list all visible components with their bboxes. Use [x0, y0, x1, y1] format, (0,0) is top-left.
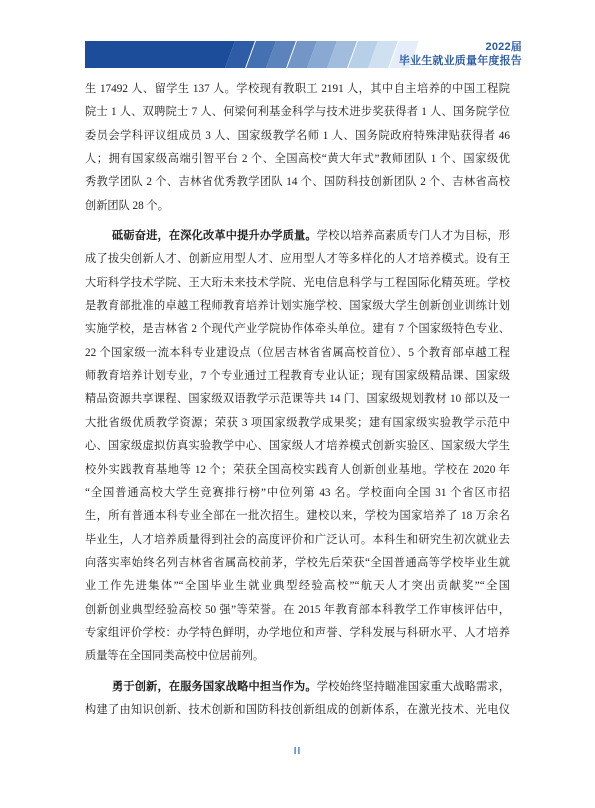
- report-year: 2022届: [399, 40, 522, 54]
- text-line: 勇于创新，在服务国家战略中担当作为。学校始终坚持瞄准国家重大战略需求，: [85, 676, 510, 699]
- paragraph: 勇于创新，在服务国家战略中担当作为。学校始终坚持瞄准国家重大战略需求，构建了由知…: [85, 676, 510, 723]
- text-line: 创新团队 28 个。: [85, 195, 510, 218]
- text-line: 构建了由知识创新、技术创新和国防科技创新组成的创新体系，在激光技术、光电仪: [85, 699, 510, 722]
- text-line: 秀教学团队 2 个、吉林省优秀教学团队 14 个、国防科技创新团队 2 个、吉林…: [85, 171, 510, 194]
- text-line: 大珩科学技术学院、王大珩未来技术学院、光电信息科学与工程国际化精英班。学校: [85, 272, 510, 295]
- text-line: 质量等在全国同类高校中位居前列。: [85, 645, 510, 668]
- text-line: 委员会学科评议组成员 3 人、国家级教学名师 1 人、国务院政府特殊津贴获得者 …: [85, 125, 510, 148]
- text-line: 成了拔尖创新人才、创新应用型人才、应用型人才等多样化的人才培养模式。设有王: [85, 248, 510, 271]
- paragraph: 砥砺奋进，在深化改革中提升办学质量。学校以培养高素质专门人才为目标，形成了拔尖创…: [85, 225, 510, 669]
- text-line: 师教育培养计划专业，7 个专业通过工程教育专业认证；现有国家级精品课、国家级: [85, 365, 510, 388]
- header-title-block: 2022届 毕业生就业质量年度报告: [399, 40, 522, 68]
- text-line: 生 17492 人、留学生 137 人。学校现有教职工 2191 人，其中自主培…: [85, 78, 510, 101]
- text-line: 向落实率始终名列吉林省省属高校前茅，学校先后荣获“全国普通高等学校毕业生就: [85, 552, 510, 575]
- text-line: 院士 1 人、双聘院士 7 人、何梁何利基金科学与技术进步奖获得者 1 人、国务…: [85, 101, 510, 124]
- text-line: 是教育部批准的卓越工程师教育培养计划实施学校、国家级大学生创新创业训练计划: [85, 295, 510, 318]
- page-footer: II: [0, 741, 595, 759]
- header-bar-stripes: [210, 41, 414, 68]
- text-line: 大批省级优质教学资源；荣获 3 项国家级教学成果奖；建有国家级实验教学示范中: [85, 412, 510, 435]
- paragraph-lead: 勇于创新，在服务国家战略中担当作为。: [112, 681, 317, 693]
- text-line: 人；拥有国家级高端引智平台 2 个、全国高校“黄大年式”教师团队 1 个、国家级…: [85, 148, 510, 171]
- text-line: 砥砺奋进，在深化改革中提升办学质量。学校以培养高素质专门人才为目标，形: [85, 225, 510, 248]
- report-title: 毕业生就业质量年度报告: [399, 54, 522, 68]
- paragraph: 生 17492 人、留学生 137 人。学校现有教职工 2191 人，其中自主培…: [85, 78, 510, 218]
- header-gradient-bar: [85, 41, 425, 68]
- text-line: 精品资源共享课程、国家级双语教学示范课等共 14 门、国家级规划教材 10 部以…: [85, 388, 510, 411]
- paragraph-lead: 砥砺奋进，在深化改革中提升办学质量。: [112, 230, 317, 242]
- page-number: II: [294, 746, 302, 757]
- text-line: 22 个国家级一流本科专业建设点（位居吉林省省属高校首位）、5 个教育部卓越工程: [85, 342, 510, 365]
- paragraph-text: 学校以培养高素质专门人才为目标，形: [317, 230, 510, 242]
- text-line: 校外实践教育基地等 12 个；荣获全国高校实践育人创新创业基地。学校在 2020…: [85, 459, 510, 482]
- text-line: 生，所有普通本科专业全部在一批次招生。建校以来，学校为国家培养了 18 万余名: [85, 505, 510, 528]
- text-line: “全国普通高校大学生竞赛排行榜”中位列第 43 名。学校面向全国 31 个省区市…: [85, 482, 510, 505]
- text-line: 创新创业典型经验高校 50 强”等荣誉。在 2015 年教育部本科教学工作审核评…: [85, 599, 510, 622]
- text-line: 心、国家级虚拟仿真实验教学中心、国家级人才培养模式创新实验区、国家级大学生: [85, 435, 510, 458]
- document-body: 生 17492 人、留学生 137 人。学校现有教职工 2191 人，其中自主培…: [85, 78, 510, 729]
- text-line: 实施学校，是吉林省 2 个现代产业学院协作体牵头单位。建有 7 个国家级特色专业…: [85, 318, 510, 341]
- text-line: 业工作先进集体”“全国毕业生就业典型经验高校”“航天人才突出贡献奖”“全国: [85, 575, 510, 598]
- text-line: 毕业生，人才培养质量得到社会的高度评价和广泛认可。本科生和研究生初次就业去: [85, 529, 510, 552]
- report-page: 2022届 毕业生就业质量年度报告 生 17492 人、留学生 137 人。学校…: [0, 0, 595, 808]
- text-line: 专家组评价学校：办学特色鲜明，办学地位和声誉、学科发展与科研水平、人才培养: [85, 622, 510, 645]
- paragraph-text: 学校始终坚持瞄准国家重大战略需求，: [317, 681, 510, 693]
- header-bar-solid: [85, 41, 215, 68]
